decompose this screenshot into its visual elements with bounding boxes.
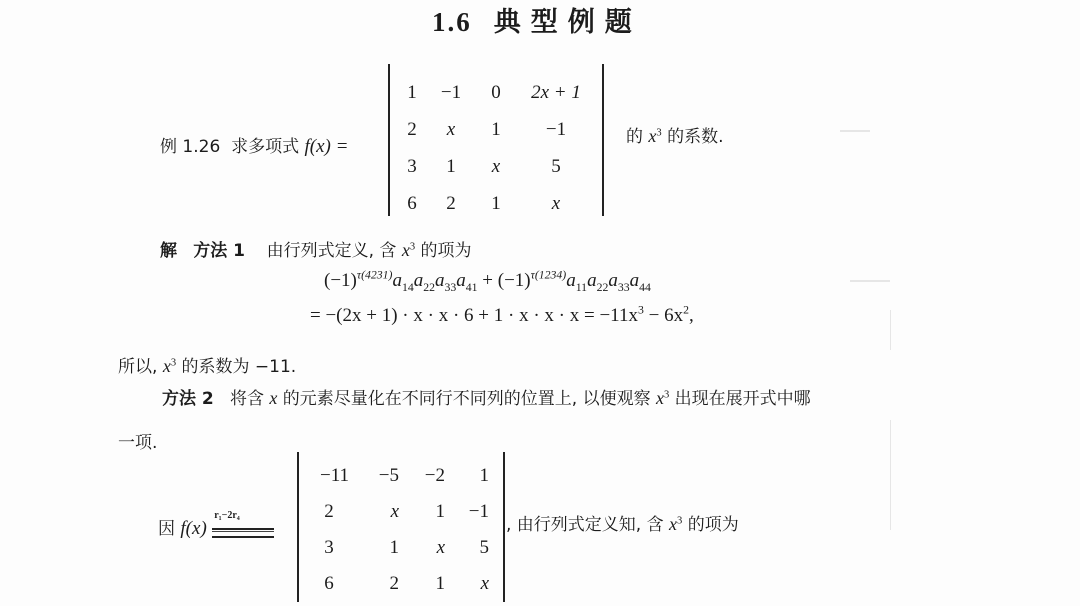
row-operation-equals: r₁−2r₄ [212, 520, 274, 540]
inversion-exponent: τ(4231) [357, 269, 393, 282]
inversion-exponent: τ(1234) [531, 269, 567, 282]
example-prompt: 求多项式 [231, 137, 299, 157]
cell: −2 [399, 458, 445, 494]
cell: −5 [349, 458, 399, 494]
cell: −11 [309, 458, 349, 494]
text: 的项为 [420, 241, 471, 261]
cell: 3 [309, 530, 349, 566]
row-operation-line: 因 f(x) r₁−2r₄ [158, 514, 274, 540]
cell: 6 [309, 566, 349, 602]
determinant-transformed: −11 −5 −2 1 2 x 1 −1 3 1 x 5 6 2 1 x [297, 452, 505, 602]
bleed-through-mark [890, 310, 891, 350]
method2-label: 方法 2 [162, 389, 214, 409]
determinant-original: 1 −1 0 2x + 1 2 x 1 −1 3 1 x 5 6 2 1 x [388, 64, 604, 216]
method1-conclusion: 所以, x3 的系数为 −11. [118, 352, 296, 377]
text: 将含 [230, 389, 264, 409]
exponent: 3 [171, 357, 176, 368]
sign-factor: (−1) [324, 270, 357, 291]
expansion-text: − 6x [644, 305, 683, 326]
text: 因 [158, 519, 175, 539]
function-name: f(x) [180, 518, 206, 539]
cell: x [518, 185, 594, 222]
exponent: 3 [656, 127, 661, 138]
variable: x [163, 356, 171, 376]
text: 的项为 [688, 515, 739, 535]
determinant-matrix: −11 −5 −2 1 2 x 1 −1 3 1 x 5 6 2 1 x [309, 458, 489, 602]
cell: −1 [518, 111, 594, 148]
bleed-through-mark [890, 420, 891, 530]
subscript: 22 [423, 281, 435, 294]
method1-label: 方法 1 [193, 241, 245, 261]
cell: 6 [396, 185, 428, 222]
example-statement: 例 1.26 求多项式 f(x) = [160, 132, 348, 158]
subscript: 14 [402, 281, 414, 294]
cell: 2 [349, 566, 399, 602]
example-question-tail: 的 x3 的系数. [626, 122, 723, 147]
variable: x [656, 388, 664, 408]
subscript: 11 [576, 281, 587, 294]
cell: 3 [396, 148, 428, 185]
bleed-through-mark [840, 130, 870, 132]
method2-continuation: , 由行列式定义知, 含 x3 的项为 [506, 510, 739, 535]
variable: x [669, 514, 677, 534]
cell: 1 [474, 111, 518, 148]
subscript: 22 [597, 281, 609, 294]
method2-intro: 方法 2 将含 x 的元素尽量化在不同行不同列的位置上, 以便观察 x3 出现在… [162, 384, 811, 409]
cell: 2 [396, 111, 428, 148]
text: 所以, [118, 357, 157, 377]
exponent: 3 [664, 389, 669, 400]
section-heading: 典型例题 [494, 7, 642, 38]
cell: 1 [396, 74, 428, 111]
text: 的元素尽量化在不同行不同列的位置上, 以便观察 [283, 389, 651, 409]
function-name: f(x) = [304, 136, 348, 157]
cell: 1 [349, 530, 399, 566]
solution-label: 解 [160, 241, 177, 261]
text: 出现在展开式中哪 [675, 389, 811, 409]
cell: 2x + 1 [518, 74, 594, 111]
cell: 2 [428, 185, 474, 222]
formula-expansion: = −(2x + 1) · x · x · 6 + 1 · x · x · x … [310, 305, 694, 327]
subscript: 44 [639, 281, 651, 294]
formula-terms: (−1)τ(4231)a14a22a33a41 + (−1)τ(1234)a11… [324, 270, 651, 292]
text: 的系数. [667, 127, 723, 147]
section-number: 1.6 [432, 7, 472, 37]
text: , 由行列式定义知, 含 [506, 515, 664, 535]
cell: 1 [445, 458, 489, 494]
section-title: 1.6典型例题 [432, 0, 642, 39]
cell: x [399, 530, 445, 566]
sign-factor: (−1) [498, 270, 531, 291]
cell: 1 [399, 494, 445, 530]
method2-wrap: 一项. [118, 428, 157, 453]
cell: x [445, 566, 489, 602]
determinant-matrix: 1 −1 0 2x + 1 2 x 1 −1 3 1 x 5 6 2 1 x [396, 74, 594, 222]
subscript: 41 [466, 281, 478, 294]
cell: −1 [445, 494, 489, 530]
cell: 5 [445, 530, 489, 566]
cell: 1 [428, 148, 474, 185]
text: 的系数为 −11. [181, 357, 296, 377]
plus-sign: + [482, 270, 493, 291]
cell: x [474, 148, 518, 185]
subscript: 33 [618, 281, 630, 294]
text: 的 [626, 127, 643, 147]
cell: x [349, 494, 399, 530]
expansion-text: = −(2x + 1) · x · x · 6 + 1 · x · x · x … [310, 305, 638, 326]
example-label: 例 1.26 [160, 137, 220, 157]
cell: −1 [428, 74, 474, 111]
cell: 5 [518, 148, 594, 185]
cell: 0 [474, 74, 518, 111]
cell: 2 [309, 494, 349, 530]
variable: x [269, 388, 277, 408]
method1-intro: 解 方法 1 由行列式定义, 含 x3 的项为 [160, 236, 471, 261]
bleed-through-mark [850, 280, 890, 282]
text: 由行列式定义, 含 [267, 241, 397, 261]
exponent: 3 [410, 241, 415, 252]
cell: x [428, 111, 474, 148]
cell: 1 [399, 566, 445, 602]
exponent: 3 [677, 515, 682, 526]
cell: 1 [474, 185, 518, 222]
row-operation-label: r₁−2r₄ [214, 510, 240, 521]
punctuation: , [689, 305, 694, 326]
variable: x [402, 240, 410, 260]
subscript: 33 [445, 281, 457, 294]
